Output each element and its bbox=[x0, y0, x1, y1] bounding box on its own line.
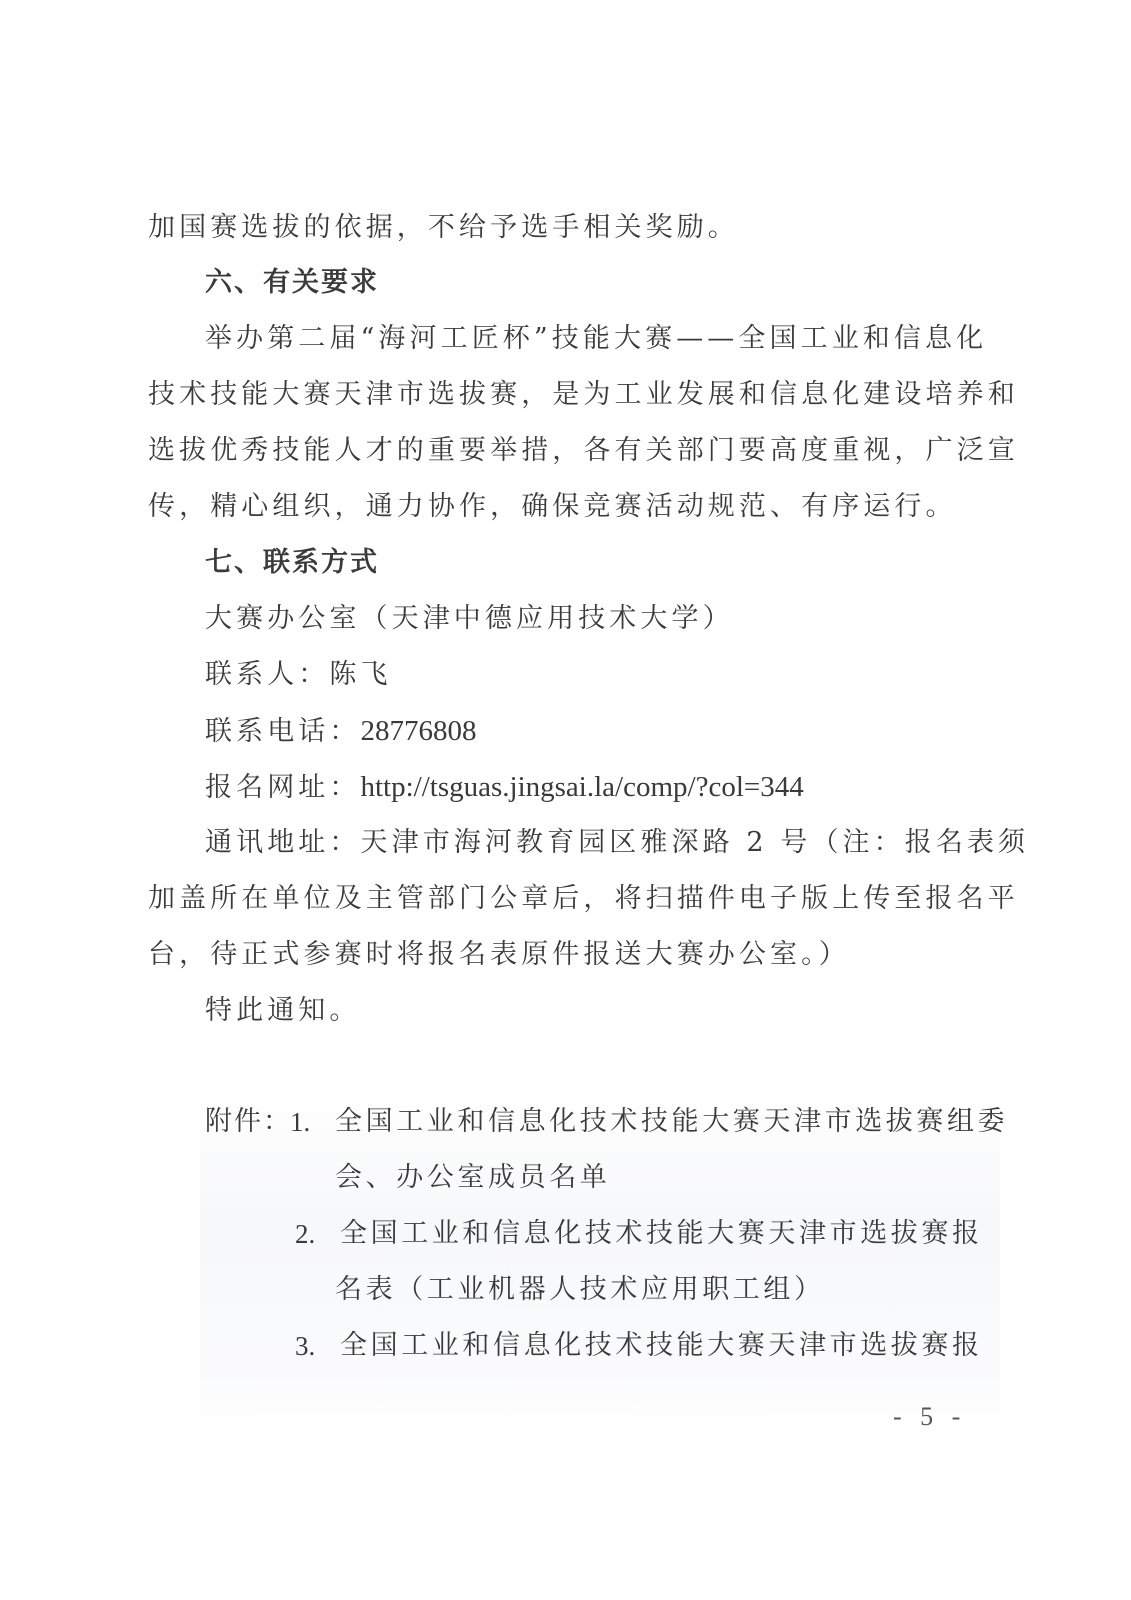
attachment-title-line: 全国工业和信息化技术技能大赛天津市选拔赛组委 bbox=[335, 1104, 1008, 1140]
attachment-title-line: 全国工业和信息化技术技能大赛天津市选拔赛报 bbox=[340, 1328, 983, 1364]
phone-number: 28776808 bbox=[361, 715, 477, 747]
section-6-paragraph-line: 选拔优秀技能人才的重要举措，各有关部门要高度重视，广泛宣 bbox=[148, 433, 978, 469]
contact-name: 陈飞 bbox=[329, 659, 391, 690]
section-6-paragraph-line: 传，精心组织，通力协作，确保竞赛活动规范、有序运行。 bbox=[148, 489, 978, 525]
phone-label: 联系电话： bbox=[205, 716, 361, 747]
address-line: 台，待正式参赛时将报名表原件报送大赛办公室。） bbox=[148, 937, 978, 973]
section-6-heading: 六、有关要求 bbox=[205, 265, 1035, 301]
attachment-title-line: 会、办公室成员名单 bbox=[335, 1160, 610, 1196]
contact-label: 联系人： bbox=[205, 659, 329, 690]
contact-person-line: 联系人：陈飞 bbox=[205, 657, 1035, 693]
phone-line: 联系电话：28776808 bbox=[205, 713, 1035, 750]
attachment-title-line: 名表（工业机器人技术应用职工组） bbox=[335, 1272, 825, 1308]
attachments-label: 附件： bbox=[205, 1104, 292, 1140]
registration-url[interactable]: http://tsguas.jingsai.la/comp/?col=344 bbox=[361, 771, 804, 803]
closing-text: 特此通知。 bbox=[205, 993, 1035, 1029]
page-number: - 5 - bbox=[893, 1402, 966, 1432]
url-line: 报名网址：http://tsguas.jingsai.la/comp/?col=… bbox=[205, 769, 1035, 806]
address-line: 通讯地址：天津市海河教育园区雅深路 2 号（注：报名表须 bbox=[205, 825, 1035, 861]
attachment-number: 1. bbox=[290, 1104, 310, 1140]
section-6-paragraph-line: 技术技能大赛天津市选拔赛，是为工业发展和信息化建设培养和 bbox=[148, 377, 978, 413]
section-7-heading: 七、联系方式 bbox=[205, 545, 1035, 581]
office-line: 大赛办公室（天津中德应用技术大学） bbox=[205, 601, 1035, 637]
url-label: 报名网址： bbox=[205, 772, 361, 803]
attachment-title-line: 全国工业和信息化技术技能大赛天津市选拔赛报 bbox=[340, 1216, 983, 1252]
continuation-text: 加国赛选拔的依据，不给予选手相关奖励。 bbox=[148, 210, 978, 246]
section-6-paragraph-line: 举办第二届“海河工匠杯”技能大赛——全国工业和信息化 bbox=[205, 321, 1035, 357]
attachment-number: 3. bbox=[295, 1328, 315, 1364]
address-line: 加盖所在单位及主管部门公章后，将扫描件电子版上传至报名平 bbox=[148, 881, 978, 917]
attachment-number: 2. bbox=[295, 1216, 315, 1252]
document-page: 加国赛选拔的依据，不给予选手相关奖励。 六、有关要求 举办第二届“海河工匠杯”技… bbox=[0, 0, 1131, 1600]
